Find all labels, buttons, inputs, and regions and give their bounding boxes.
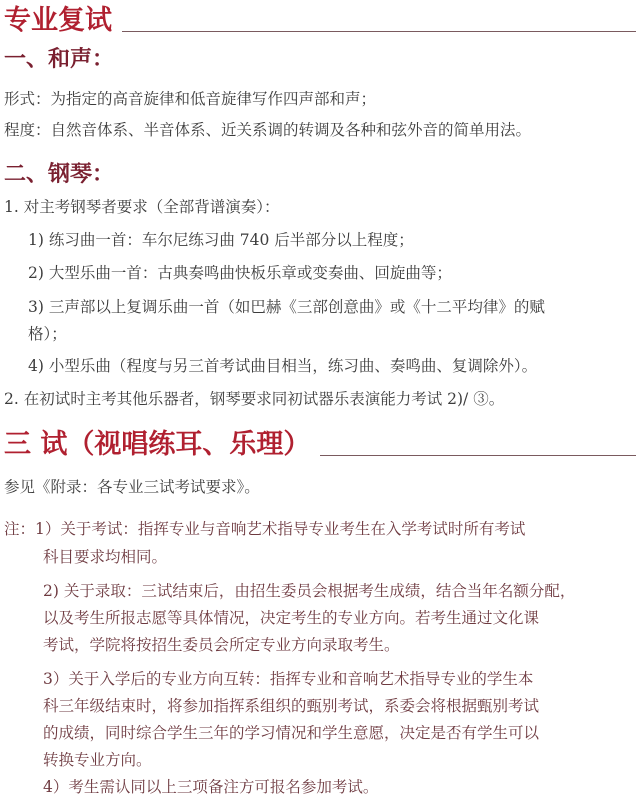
piano-sub-1: 1) 练习曲一首：车尔尼练习曲 740 后半部分以上程度； <box>28 229 414 251</box>
note-2-line-2: 以及考生所报志愿等具体情况，决定考生的专业方向。若考生通过文化课 <box>43 607 539 629</box>
note-3-line-4: 转换专业方向。 <box>43 749 152 771</box>
section-header-professional-retest: 专业复试 <box>4 4 636 38</box>
harmony-level: 程度：自然音体系、半音体系、近关系调的转调及各种和弦外音的简单用法。 <box>4 119 531 141</box>
note-3-line-2: 科三年级结束时，将参加指挥系组织的甄别考试，系委会将根据甄别考试 <box>43 695 539 717</box>
piano-sub-4: 4) 小型乐曲（程度与另三首考试曲目相当，练习曲、奏鸣曲、复调除外）。 <box>28 355 537 377</box>
section-divider <box>320 455 636 456</box>
piano-sub-3-line-2: 格）； <box>28 323 67 345</box>
harmony-form: 形式：为指定的高音旋律和低音旋律写作四声部和声； <box>4 88 376 110</box>
note-3-line-3: 的成绩，同时综合学生三年的学习情况和学生意愿，决定是否有学生可以 <box>43 722 539 744</box>
note-3-line-1: 3）关于入学后的专业方向互转：指挥专业和音响艺术指导专业的学生本 <box>43 668 533 690</box>
note-1-line-2: 科目要求均相同。 <box>43 546 167 568</box>
document-page: 专业复试 一、和声： 形式：为指定的高音旋律和低音旋律写作四声部和声； 程度：自… <box>0 0 640 800</box>
note-2-line-3: 考试，学院将按招生委员会所定专业方向录取考生。 <box>43 634 400 656</box>
subheading-harmony: 一、和声： <box>4 46 114 74</box>
piano-sub-2: 2) 大型乐曲一首：古典奏鸣曲快板乐章或变奏曲、回旋曲等； <box>28 262 452 284</box>
piano-item-2: 2. 在初试时主考其他乐器者，钢琴要求同初试器乐表演能力考试 2)/ ③。 <box>4 388 504 410</box>
subheading-piano: 二、钢琴： <box>4 161 114 189</box>
note-1-line-1: 注：1）关于考试：指挥专业与音响艺术指导专业考生在入学考试时所有考试 <box>4 518 525 540</box>
section-divider <box>122 31 636 32</box>
section-title: 三 试（视唱练耳、乐理） <box>4 428 310 462</box>
piano-item-1: 1. 对主考钢琴者要求（全部背谱演奏）： <box>4 196 279 218</box>
section-title: 专业复试 <box>4 4 112 38</box>
appendix-reference: 参见《附录：各专业三试考试要求》。 <box>4 476 260 498</box>
note-2-line-1: 2) 关于录取：三试结束后，由招生委员会根据考生成绩，结合当年名额分配， <box>43 580 575 602</box>
note-4: 4）考生需认同以上三项备注方可报名参加考试。 <box>43 776 378 798</box>
piano-sub-3-line-1: 3) 三声部以上复调乐曲一首（如巴赫《三部创意曲》或《十二平均律》的赋 <box>28 296 545 318</box>
section-header-third-exam: 三 试（视唱练耳、乐理） <box>4 428 636 462</box>
